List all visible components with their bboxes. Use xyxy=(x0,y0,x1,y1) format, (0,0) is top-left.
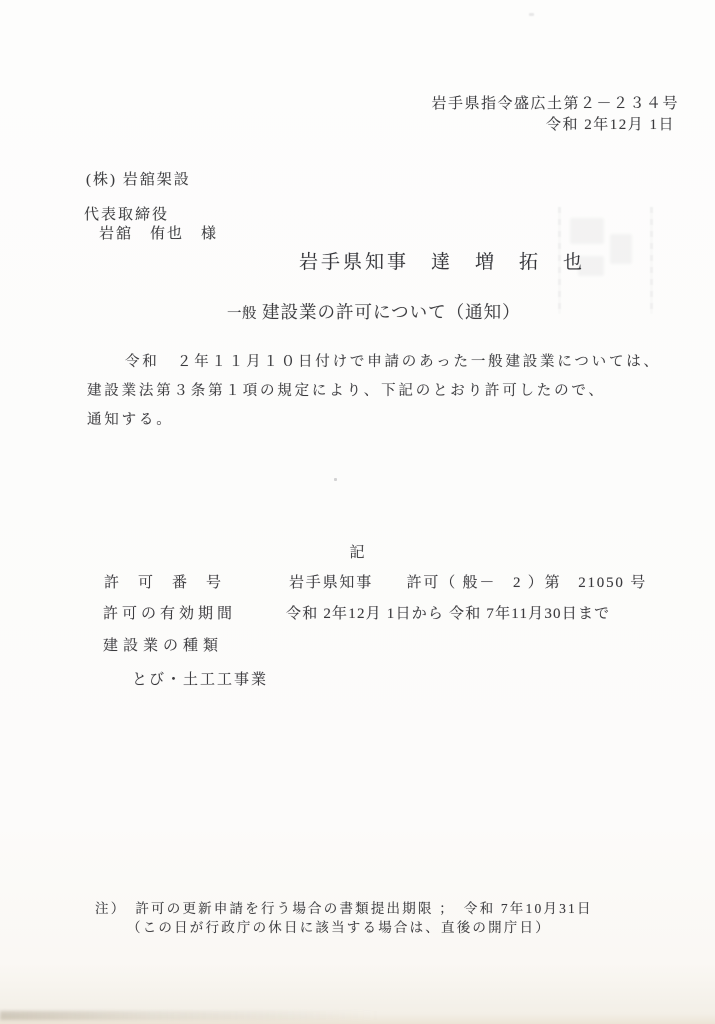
stamp-mark xyxy=(610,234,632,264)
document-title-main: 建設業の許可について（通知） xyxy=(262,299,521,324)
body-line: 建設業法第３条第１項の規定により、下記のとおり許可したので、 xyxy=(87,377,637,406)
scan-artifact xyxy=(334,478,337,481)
issue-date: 令和 2年12月 1日 xyxy=(546,113,675,134)
recipient-representative-title: 代表取締役 xyxy=(84,203,169,224)
permit-number-label: 許 可 番 号 xyxy=(104,571,223,592)
reference-number: 岩手県指令盛広土第２－２３４号 xyxy=(431,92,679,113)
scan-artifact xyxy=(529,13,534,16)
stamp-mark xyxy=(570,218,604,244)
footnote-deadline: 注） 許可の更新申請を行う場合の書類提出期限 ； 令和 7年10月31日 xyxy=(95,897,593,917)
body-line: 通知する。 xyxy=(87,406,637,435)
stamp-edge-right xyxy=(650,207,653,314)
validity-period-label: 許可の有効期間 xyxy=(103,602,236,623)
scanned-permit-notice-page: 岩手県指令盛広土第２－２３４号 令和 2年12月 1日 (株) 岩舘架設 代表取… xyxy=(0,0,715,1024)
body-line: 令和 ２年１１月１０日付けで申請のあった一般建設業については、 xyxy=(87,348,637,377)
recipient-representative-name: 岩舘 侑也 様 xyxy=(99,222,218,243)
record-heading: 記 xyxy=(0,541,715,562)
business-type-label: 建設業の種類 xyxy=(103,634,223,655)
permit-number-value: 岩手県知事 許可（ 般－ 2 ）第 21050 号 xyxy=(289,571,647,592)
document-title-prefix: 一般 xyxy=(227,302,257,323)
issuer-governor-name: 岩手県知事 達 増 拓 也 xyxy=(299,247,585,274)
paper-bottom-edge xyxy=(0,1019,440,1024)
business-type-value: とび・土工工事業 xyxy=(132,668,268,689)
footnote-holiday-rule: （この日が行政庁の休日に該当する場合は、直後の開庁日） xyxy=(127,916,551,936)
document-title: 一般 建設業の許可について（通知） xyxy=(227,299,521,324)
body-paragraph: 令和 ２年１１月１０日付けで申請のあった一般建設業については、 建設業法第３条第… xyxy=(87,348,637,435)
recipient-company: (株) 岩舘架設 xyxy=(86,168,191,189)
validity-period-value: 令和 2年12月 1日から 令和 7年11月30日まで xyxy=(286,602,610,623)
